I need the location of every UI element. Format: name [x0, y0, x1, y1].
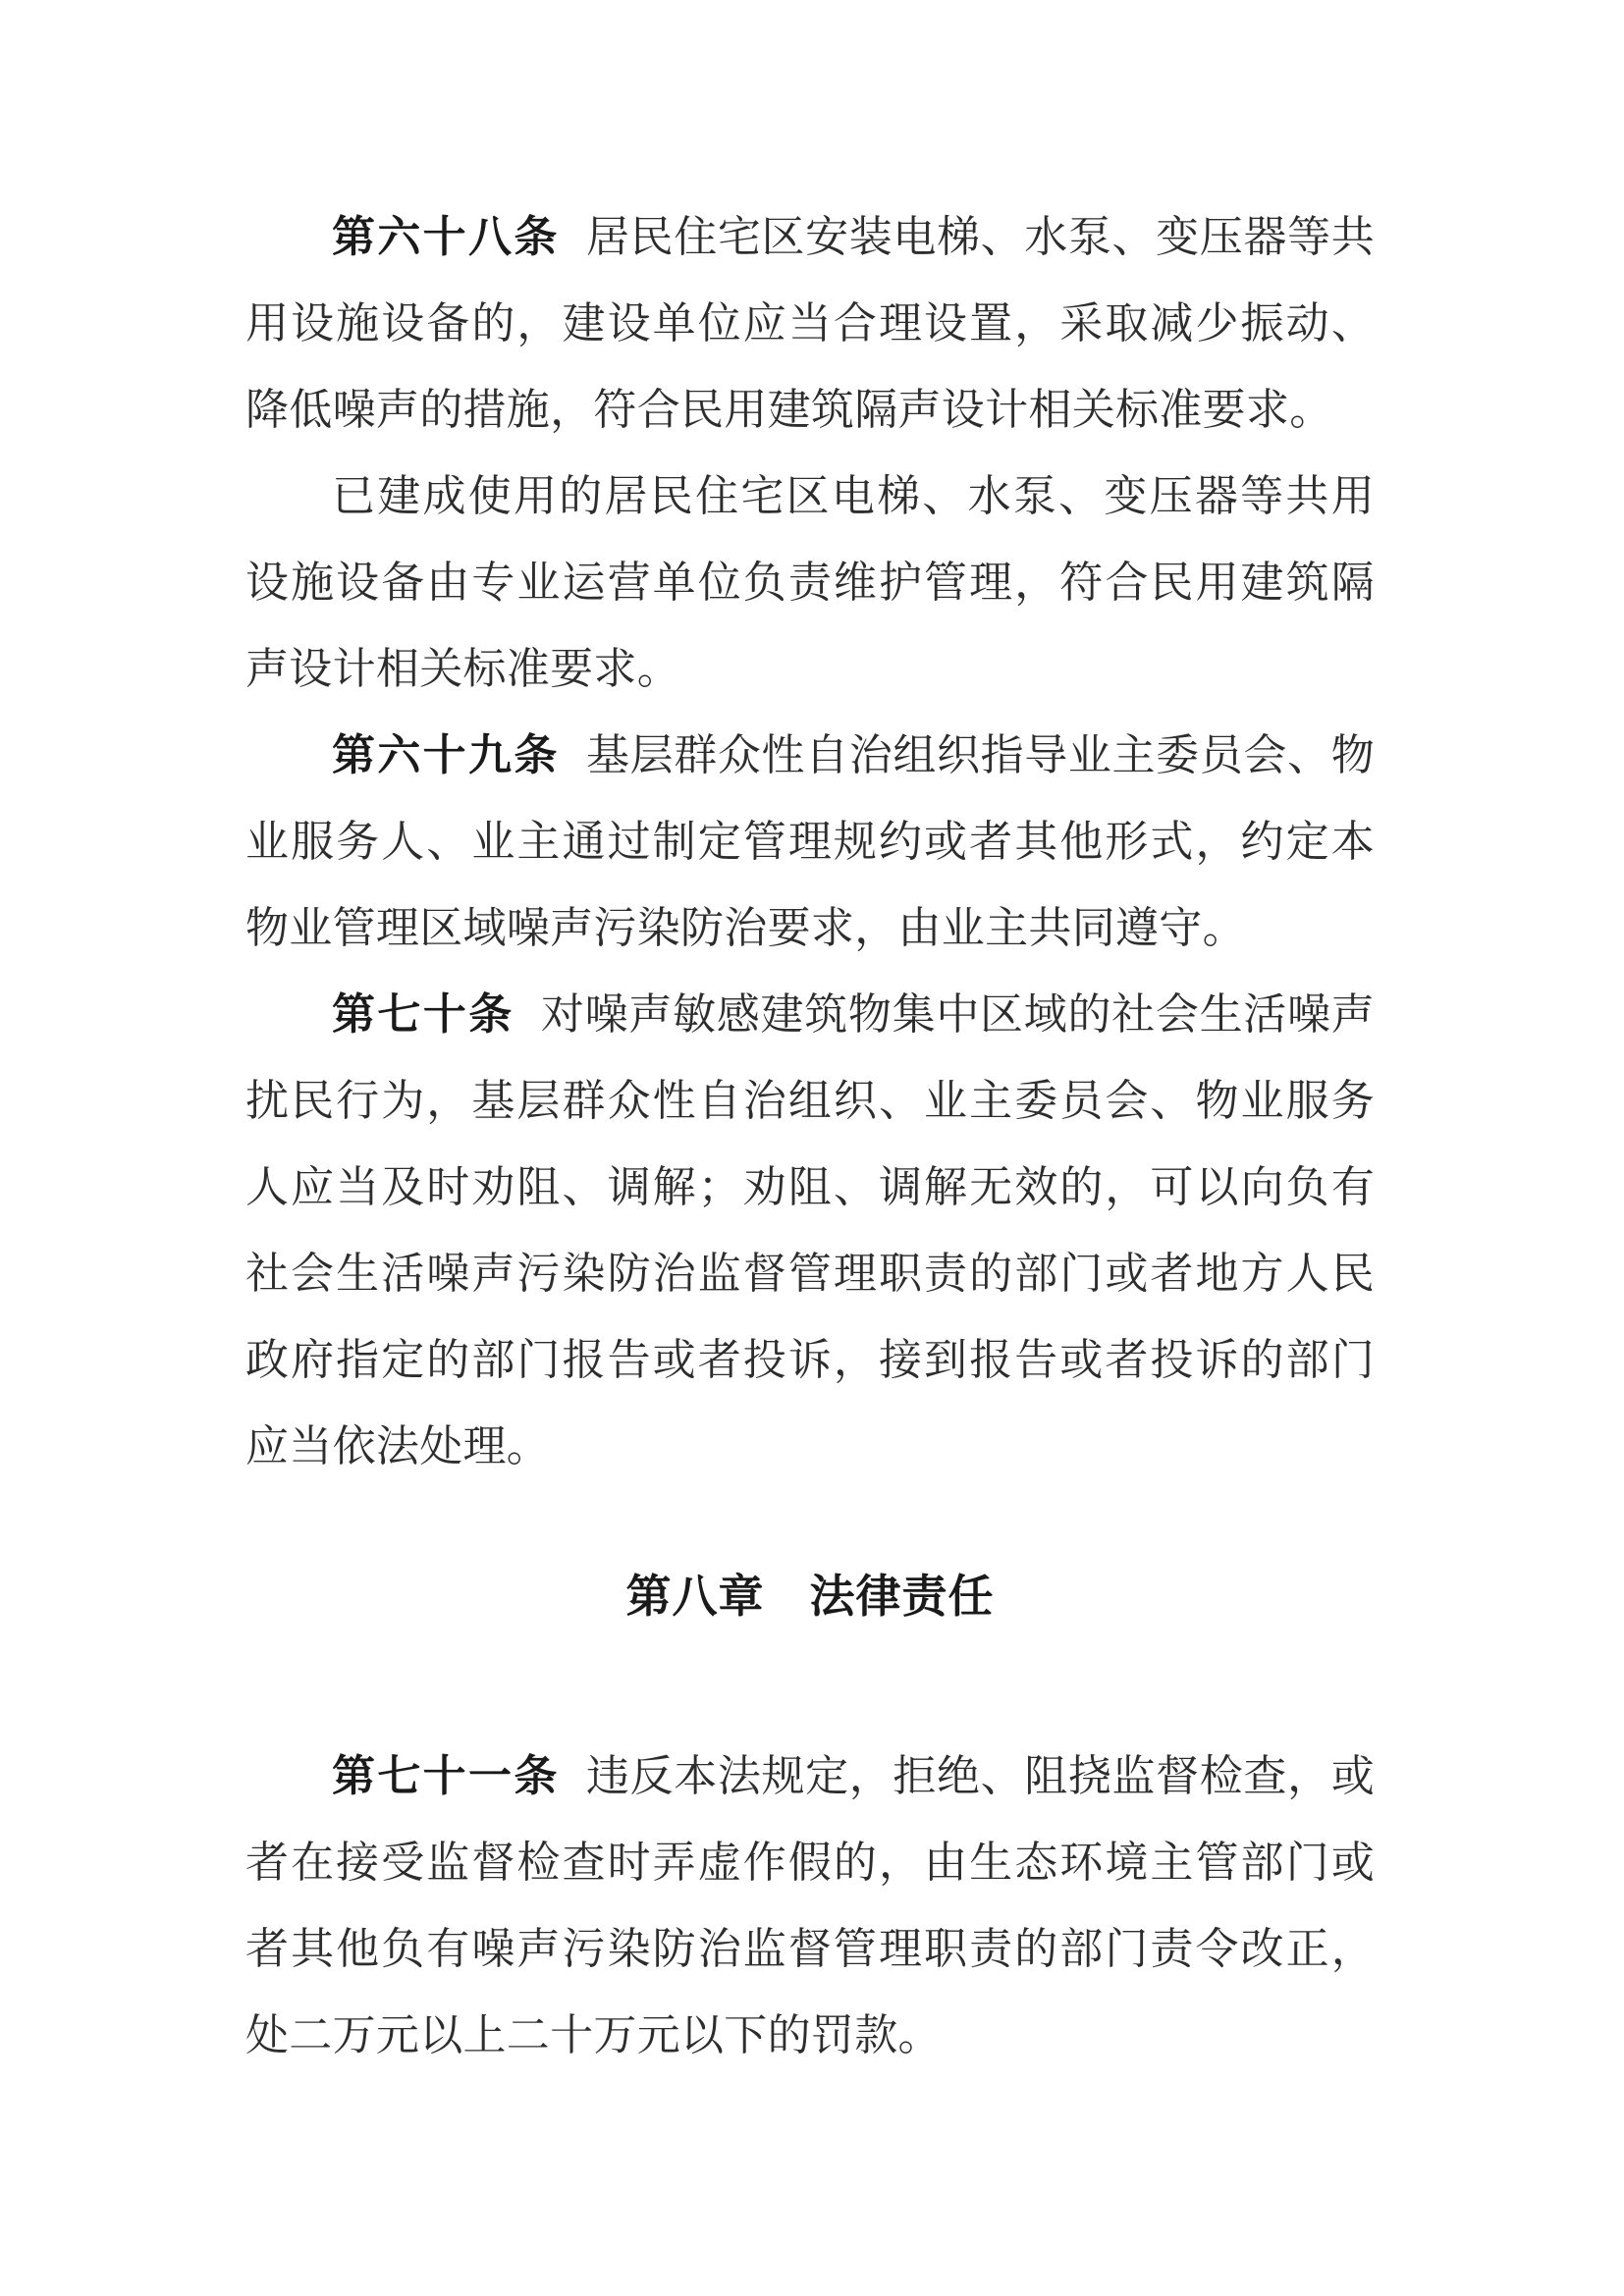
- article-70-paragraph: 第七十条对噪声敏感建筑物集中区域的社会生活噪声扰民行为，基层群众性自治组织、业主…: [245, 972, 1375, 1490]
- article-69-number: 第六十九条: [332, 731, 560, 779]
- article-71-paragraph: 第七十一条违反本法规定，拒绝、阻挠监督检查，或者在接受监督检查时弄虚作假的，由生…: [245, 1734, 1375, 2079]
- document-page: 第六十八条居民住宅区安装电梯、水泵、变压器等共用设施设备的，建设单位应当合理设置…: [0, 0, 1624, 2296]
- article-71-number: 第七十一条: [332, 1752, 560, 1800]
- article-68-paragraph-2: 已建成使用的居民住宅区电梯、水泵、变压器等共用设施设备由专业运营单位负责维护管理…: [245, 454, 1375, 713]
- chapter-8-label: 第八章: [626, 1572, 765, 1622]
- article-68-number: 第六十八条: [332, 213, 560, 261]
- chapter-8-title: 法律责任: [810, 1572, 995, 1622]
- article-70-number: 第七十条: [332, 990, 514, 1039]
- article-70-text: 对噪声敏感建筑物集中区域的社会生活噪声扰民行为，基层群众性自治组织、业主委员会、…: [245, 990, 1375, 1470]
- article-68-paragraph-2-text: 已建成使用的居民住宅区电梯、水泵、变压器等共用设施设备由专业运营单位负责维护管理…: [245, 472, 1375, 693]
- article-69-paragraph: 第六十九条基层群众性自治组织指导业主委员会、物业服务人、业主通过制定管理规约或者…: [245, 713, 1375, 972]
- chapter-8-heading: 第八章法律责任: [245, 1554, 1375, 1640]
- article-68-paragraph-1: 第六十八条居民住宅区安装电梯、水泵、变压器等共用设施设备的，建设单位应当合理设置…: [245, 194, 1375, 454]
